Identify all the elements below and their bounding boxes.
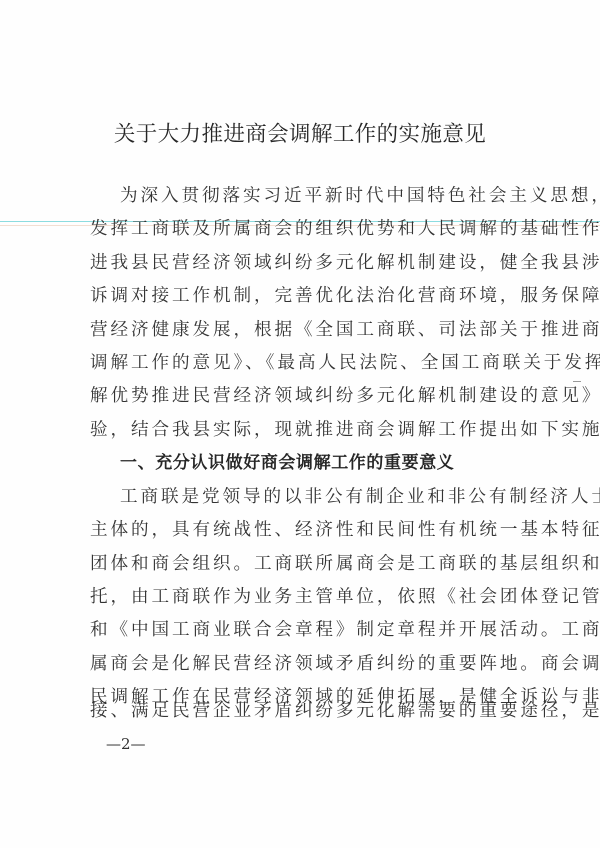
paragraph-2-line: 接、满足民营企业矛盾纠纷多元化解需要的重要途径，是工商联 — [90, 695, 530, 728]
paragraph-2-line: 属商会是化解民营经济领域矛盾纠纷的重要阵地。商会调解是人 — [90, 648, 530, 681]
paragraph-2-line: 团体和商会组织。工商联所属商会是工商联的基层组织和工作依 — [90, 548, 530, 581]
paragraph-1-line: 进我县民营经济领域纠纷多元化解机制建设，健全我县涉企纠纷 — [90, 247, 530, 280]
paragraph-1-line: 验，结合我县实际，现就推进商会调解工作提出如下实施意见。 — [90, 414, 530, 447]
paragraph-1-line: 发挥工商联及所属商会的组织优势和人民调解的基础性作用，推 — [90, 213, 530, 246]
margin-mark — [573, 381, 581, 382]
document-page: 关于大力推进商会调解工作的实施意见 为深入贯彻落实习近平新时代中国特色社会主义思… — [0, 0, 600, 848]
page-number: —2— — [106, 733, 146, 755]
document-title: 关于大力推进商会调解工作的实施意见 — [0, 120, 600, 150]
paragraph-1-line: 营经济健康发展，根据《全国工商联、司法部关于推进商会人民 — [90, 314, 530, 347]
paragraph-2-line: 和《中国工商业联合会章程》制定章程并开展活动。工商联及所 — [90, 614, 530, 647]
section-heading: 一、充分认识做好商会调解工作的重要意义 — [120, 447, 454, 480]
paragraph-1-line: 为深入贯彻落实习近平新时代中国特色社会主义思想，充分 — [120, 180, 560, 213]
paragraph-1-line: 解优势推进民营经济领域纠纷多元化解机制建设的意见》和省、 — [90, 380, 530, 413]
paragraph-2-line: 托，由工商联作为业务主管单位，依照《社会团体登记管理条例》 — [90, 581, 530, 614]
paragraph-1-line: 诉调对接工作机制，完善优化法治化营商环境，服务保障全县民 — [90, 280, 530, 313]
paragraph-1-line: 调解工作的意见》、《最高人民法院、全国工商联关于发挥商会调 — [90, 347, 530, 380]
paragraph-2-line: 主体的，具有统战性、经济性和民间性有机统一基本特征的人民 — [90, 514, 530, 547]
paragraph-2-line: 工商联是党领导的以非公有制企业和非公有制经济人士为 — [120, 481, 560, 514]
